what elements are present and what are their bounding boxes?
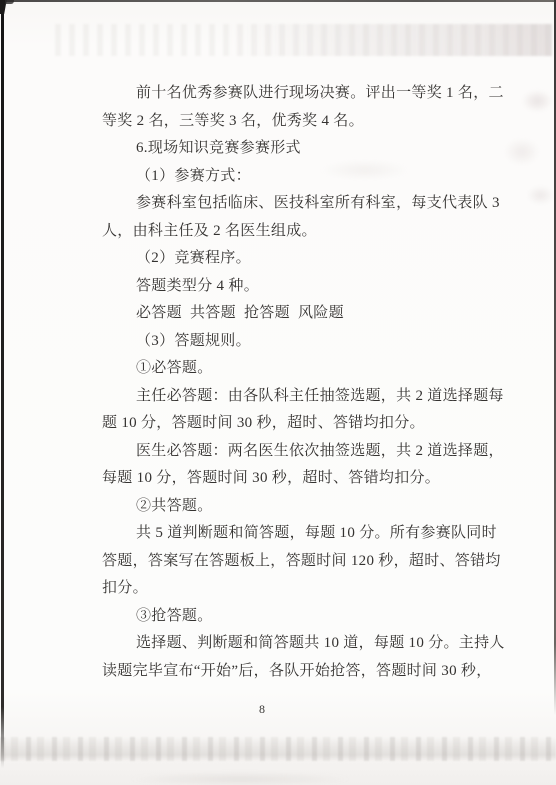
doc-line: （1）参赛方式： bbox=[102, 163, 505, 191]
doc-line: 答题类型分 4 种。 bbox=[102, 273, 505, 301]
doc-line: 读题完毕宣布“开始”后，各队开始抢答，答题时间 30 秒， bbox=[102, 658, 505, 686]
doc-line: 6.现场知识竞赛参赛形式 bbox=[102, 135, 505, 163]
scan-edge-top-line bbox=[0, 0, 556, 2]
doc-line: 扣分。 bbox=[102, 575, 505, 603]
doc-line: 答题，答案写在答题板上，答题时间 120 秒，超时、答错均 bbox=[102, 548, 505, 576]
doc-line: 题 10 分，答题时间 30 秒，超时、答错均扣分。 bbox=[102, 410, 505, 438]
doc-line: ①必答题。 bbox=[102, 355, 505, 383]
doc-line: ③抢答题。 bbox=[102, 603, 505, 631]
scanned-document-page: 前十名优秀参赛队进行现场决赛。评出一等奖 1 名，二等奖 2 名，三等奖 3 名… bbox=[0, 0, 556, 785]
scan-corner-mark-small bbox=[5, 0, 14, 4]
doc-line: 每题 10 分，答题时间 30 秒，超时、答错均扣分。 bbox=[102, 465, 505, 493]
doc-line: 共 5 道判断题和简答题，每题 10 分。所有参赛队同时 bbox=[102, 520, 505, 548]
doc-line: 医生必答题：两名医生依次抽签选题，共 2 道选择题， bbox=[102, 438, 505, 466]
doc-line: 前十名优秀参赛队进行现场决赛。评出一等奖 1 名，二 bbox=[102, 80, 505, 108]
doc-line: （2）竞赛程序。 bbox=[102, 245, 505, 273]
doc-line: 主任必答题：由各队科主任抽签选题，共 2 道选择题每 bbox=[102, 383, 505, 411]
scan-noise-top-band bbox=[55, 24, 552, 56]
scan-noise-bottom-smudge bbox=[90, 770, 390, 785]
doc-line: ②共答题。 bbox=[102, 493, 505, 521]
scan-edge-left-line bbox=[1, 0, 4, 768]
doc-line: 人，由科主任及 2 名医生组成。 bbox=[102, 218, 505, 246]
scan-noise-bottom-band bbox=[0, 737, 556, 761]
doc-line: 参赛科室包括临床、医技科室所有科室，每支代表队 3 bbox=[102, 190, 505, 218]
page-number: 8 bbox=[250, 702, 274, 717]
doc-line: 选择题、判断题和简答题共 10 道，每题 10 分。主持人 bbox=[102, 630, 505, 658]
doc-line: （3）答题规则。 bbox=[102, 328, 505, 356]
text-block: 前十名优秀参赛队进行现场决赛。评出一等奖 1 名，二等奖 2 名，三等奖 3 名… bbox=[102, 80, 505, 685]
doc-line: 等奖 2 名，三等奖 3 名，优秀奖 4 名。 bbox=[102, 108, 505, 136]
doc-line: 必答题 共答题 抢答题 风险题 bbox=[102, 300, 505, 328]
